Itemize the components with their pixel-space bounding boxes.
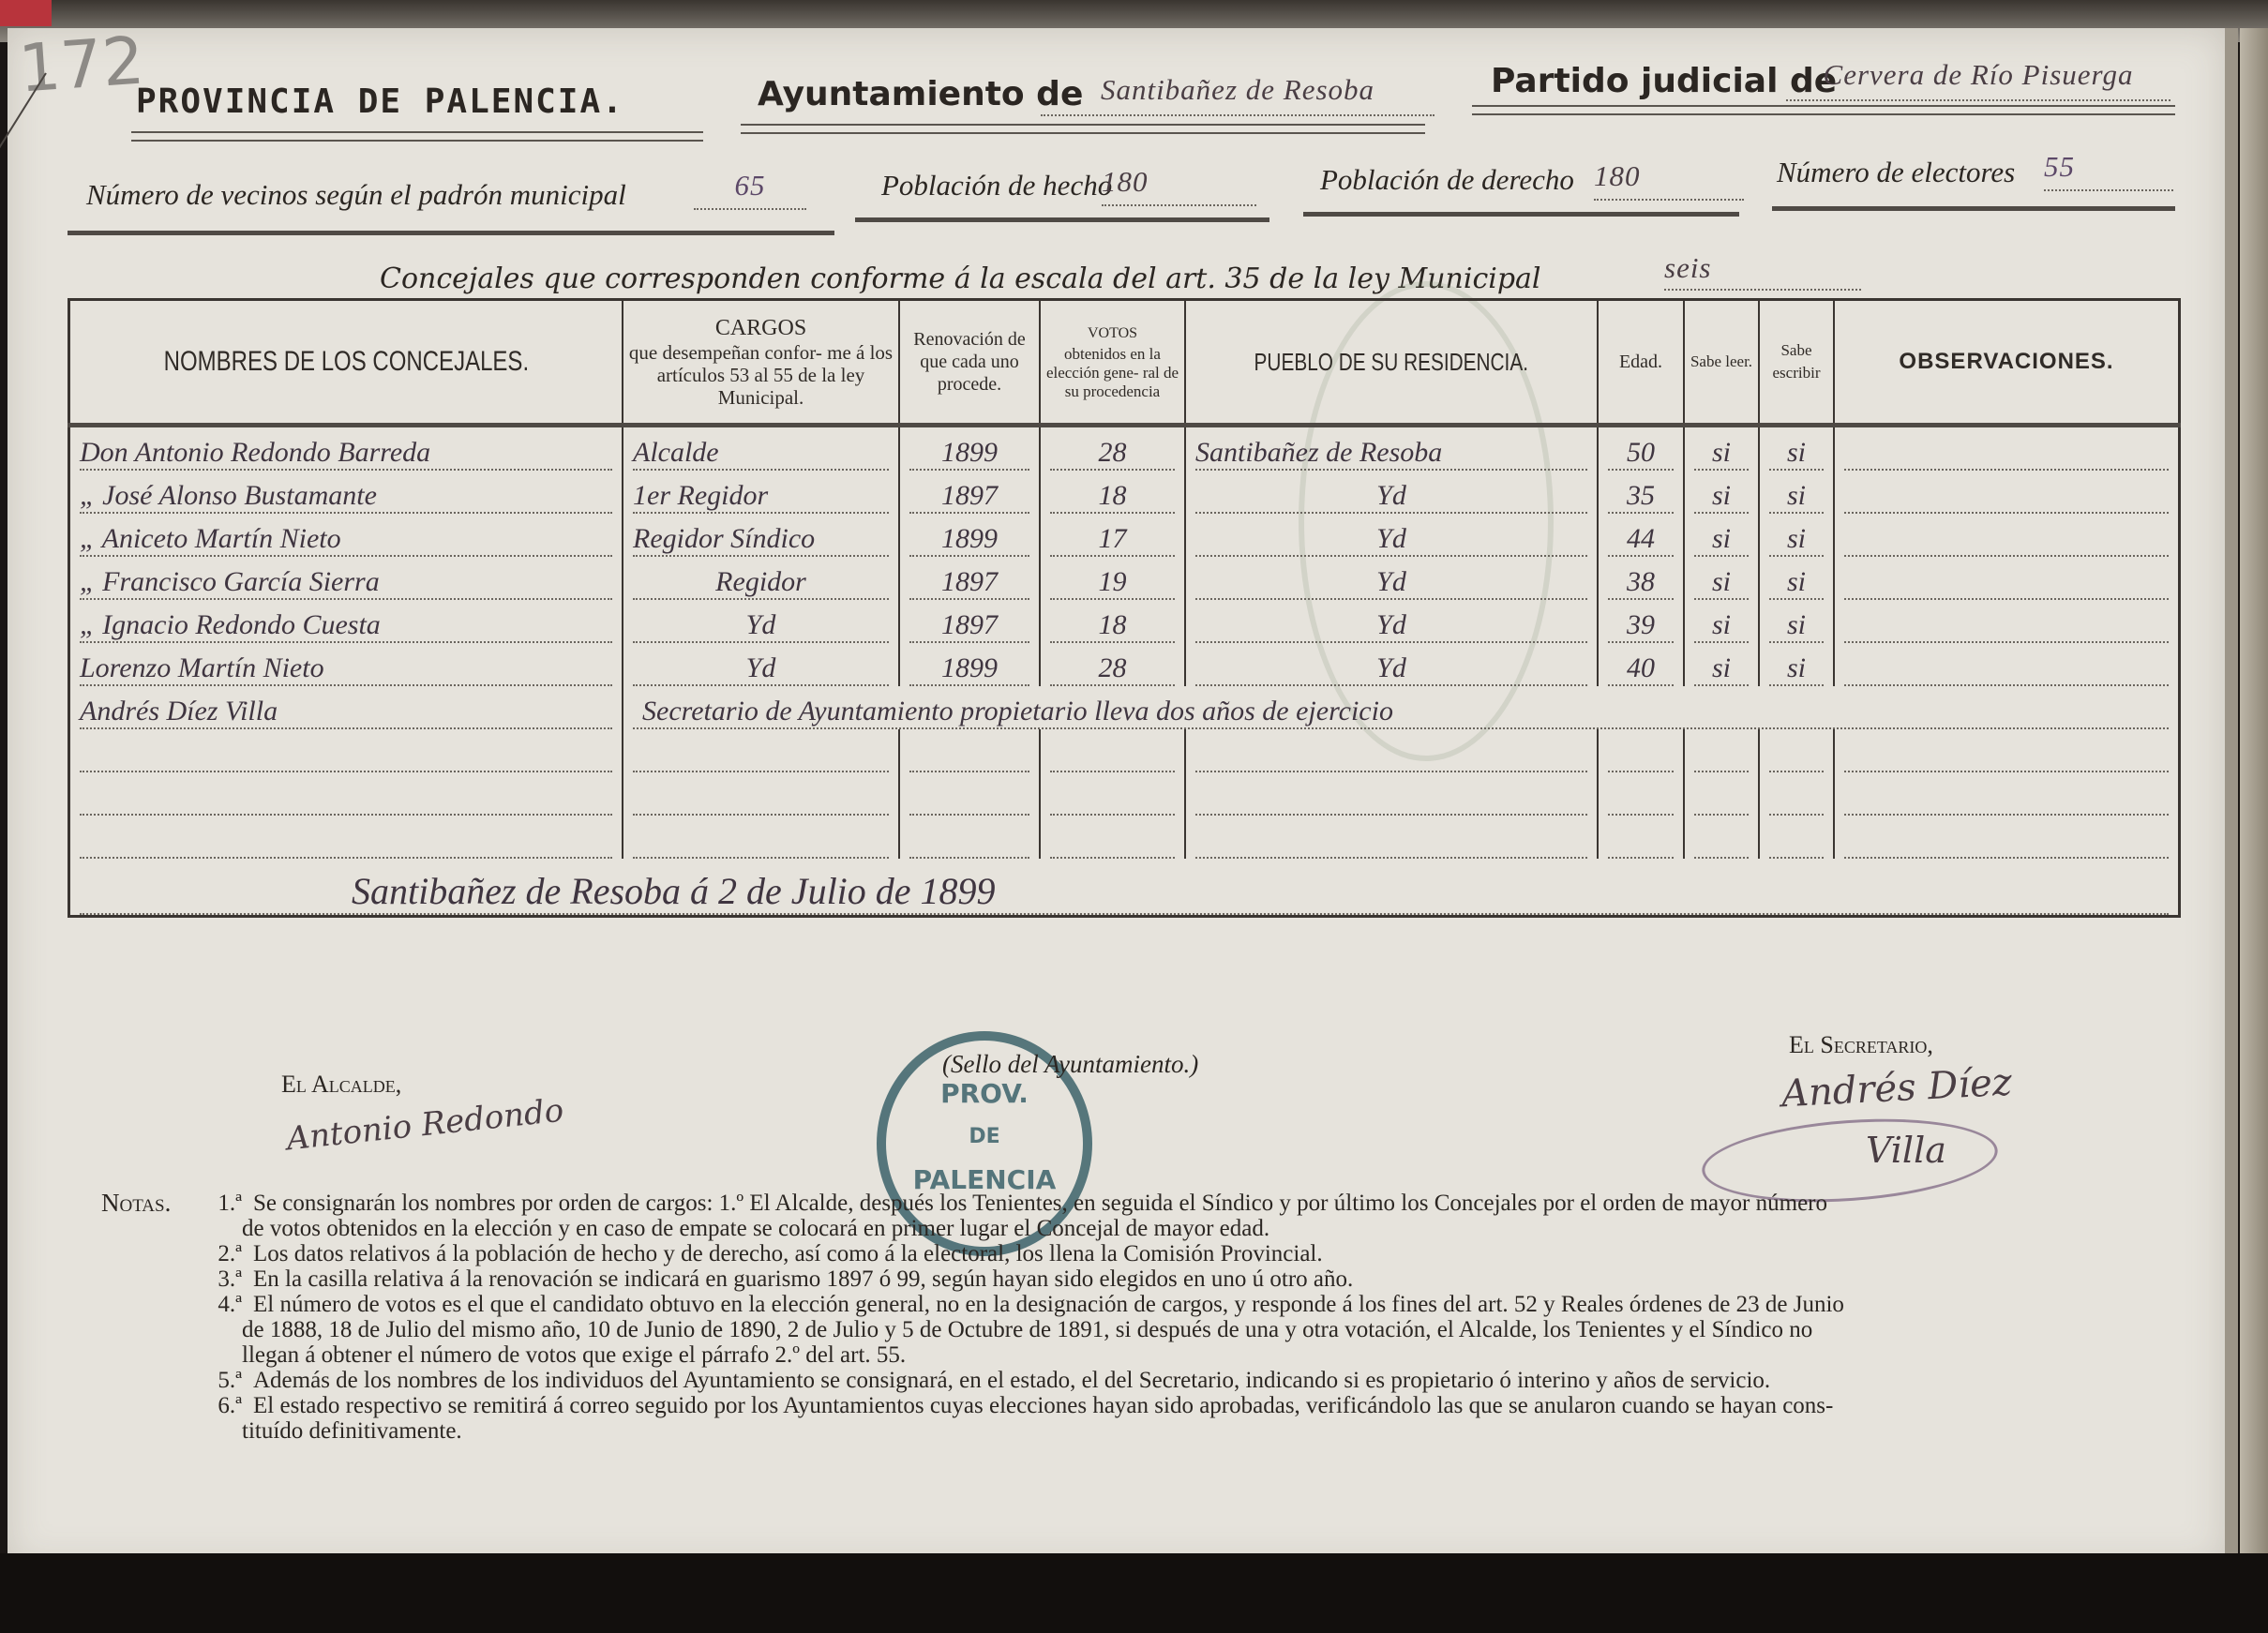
pueblo-cell: Yd bbox=[1195, 647, 1587, 686]
col-header-sabe-escribir: Sabe escribir bbox=[1759, 300, 1834, 426]
divider bbox=[131, 131, 703, 142]
divider bbox=[855, 217, 1269, 222]
col-header-votos: VOTOS obtenidos en la elección gene- ral… bbox=[1040, 300, 1185, 426]
edad-cell: 35 bbox=[1608, 474, 1674, 514]
col-header-observaciones: OBSERVACIONES. bbox=[1834, 300, 2180, 426]
sello-label: (Sello del Ayuntamiento.) bbox=[942, 1050, 1198, 1079]
bookmark-ribbon bbox=[0, 0, 52, 26]
edad-cell: 38 bbox=[1608, 561, 1674, 600]
observaciones-cell bbox=[1844, 604, 2169, 643]
notes-section: Notas.1.ªSe consignarán los nombres por … bbox=[101, 1191, 2211, 1444]
divider bbox=[1772, 206, 2175, 211]
poblacion-hecho-label: Población de hecho bbox=[881, 169, 1112, 202]
edad-cell: 39 bbox=[1608, 604, 1674, 643]
sabe-escribir-cell: si bbox=[1769, 604, 1824, 643]
nombre-cell: Andrés Díez Villa bbox=[80, 690, 612, 729]
table-row-empty bbox=[69, 772, 2180, 816]
poblacion-derecho-value: 180 bbox=[1594, 159, 1744, 201]
margin-folio-number: 172 bbox=[16, 22, 146, 107]
sabe-escribir-cell: si bbox=[1769, 561, 1824, 600]
cargo-cell: Yd bbox=[633, 647, 889, 686]
note-6: 6.ªEl estado respectivo se remitirá á co… bbox=[101, 1393, 2211, 1418]
col-header-pueblo: PUEBLO DE SU RESIDENCIA. bbox=[1185, 300, 1598, 426]
cargo-cell: Alcalde bbox=[633, 431, 889, 471]
electores-value: 55 bbox=[2044, 150, 2173, 191]
note-5: 5.ªAdemás de los nombres de los individu… bbox=[101, 1368, 2211, 1393]
divider bbox=[68, 231, 834, 235]
sabe-leer-cell: si bbox=[1694, 647, 1749, 686]
renovacion-cell: 1897 bbox=[909, 561, 1029, 600]
place-date: Santibañez de Resoba á 2 de Julio de 189… bbox=[80, 876, 2169, 915]
nombre-cell: „ Ignacio Redondo Cuesta bbox=[80, 604, 612, 643]
divider bbox=[741, 124, 1425, 134]
electores-label: Número de electores bbox=[1777, 156, 2015, 189]
ayuntamiento-value: Santibañez de Resoba bbox=[1041, 73, 1434, 116]
pueblo-cell: Yd bbox=[1195, 561, 1587, 600]
col-header-sabe-leer: Sabe leer. bbox=[1684, 300, 1759, 426]
note-2: 2.ªLos datos relativos á la población de… bbox=[101, 1241, 2211, 1266]
sabe-leer-cell: si bbox=[1694, 517, 1749, 557]
divider bbox=[1303, 212, 1739, 217]
votos-cell: 17 bbox=[1050, 517, 1175, 557]
sabe-leer-cell: si bbox=[1694, 604, 1749, 643]
table-row-date: Santibañez de Resoba á 2 de Julio de 189… bbox=[69, 859, 2180, 917]
sabe-escribir-cell: si bbox=[1769, 431, 1824, 471]
cargo-cell: Yd bbox=[633, 604, 889, 643]
renovacion-cell: 1899 bbox=[909, 647, 1029, 686]
col-header-cargos: CARGOS que desempeñan confor- me á los a… bbox=[623, 300, 899, 426]
votos-cell: 28 bbox=[1050, 431, 1175, 471]
pueblo-cell: Yd bbox=[1195, 604, 1587, 643]
concejales-scale-value: seis bbox=[1664, 251, 1861, 291]
partido-judicial-label: Partido judicial de bbox=[1491, 62, 1837, 100]
votos-cell: 18 bbox=[1050, 474, 1175, 514]
nombre-cell: „ José Alonso Bustamante bbox=[80, 474, 612, 514]
vecinos-label: Número de vecinos según el padrón munici… bbox=[86, 178, 626, 212]
partido-judicial-value: Cervera de Río Pisuerga bbox=[1786, 58, 2170, 101]
poblacion-derecho-label: Población de derecho bbox=[1320, 163, 1574, 197]
sabe-escribir-cell: si bbox=[1769, 647, 1824, 686]
renovacion-cell: 1897 bbox=[909, 474, 1029, 514]
table-row: „ José Alonso Bustamante 1er Regidor 189… bbox=[69, 471, 2180, 514]
table-row-secretario: Andrés Díez Villa Secretario de Ayuntami… bbox=[69, 686, 2180, 729]
col-header-renovacion: Renovación de que cada uno procede. bbox=[899, 300, 1040, 426]
observaciones-cell bbox=[1844, 431, 2169, 471]
votos-cell: 28 bbox=[1050, 647, 1175, 686]
col-header-nombres: NOMBRES DE LOS CONCEJALES. bbox=[69, 300, 623, 426]
table-row: „ Aniceto Martín Nieto Regidor Síndico 1… bbox=[69, 514, 2180, 557]
ayuntamiento-label: Ayuntamiento de bbox=[758, 75, 1083, 113]
note-3: 3.ªEn la casilla relativa á la renovació… bbox=[101, 1266, 2211, 1292]
edad-cell: 40 bbox=[1608, 647, 1674, 686]
alcalde-label: El Alcalde, bbox=[281, 1071, 401, 1099]
note-1: Notas.1.ªSe consignarán los nombres por … bbox=[101, 1191, 2211, 1216]
nombre-cell: „ Francisco García Sierra bbox=[80, 561, 612, 600]
concejales-scale-label: Concejales que corresponden conforme á l… bbox=[380, 262, 1541, 295]
note-4: 4.ªEl número de votos es el que el candi… bbox=[101, 1292, 2211, 1317]
table-row-empty bbox=[69, 729, 2180, 772]
page-edge bbox=[2240, 28, 2268, 1566]
pueblo-cell: Yd bbox=[1195, 474, 1587, 514]
concejales-table: NOMBRES DE LOS CONCEJALES. CARGOS que de… bbox=[68, 298, 2181, 918]
secretario-description: Secretario de Ayuntamiento propietario l… bbox=[633, 690, 2169, 729]
poblacion-hecho-value: 180 bbox=[1102, 165, 1256, 206]
pueblo-cell: Santibañez de Resoba bbox=[1195, 431, 1587, 471]
table-row: „ Francisco García Sierra Regidor 1897 1… bbox=[69, 557, 2180, 600]
edad-cell: 50 bbox=[1608, 431, 1674, 471]
sabe-escribir-cell: si bbox=[1769, 474, 1824, 514]
observaciones-cell bbox=[1844, 561, 2169, 600]
nombre-cell: Don Antonio Redondo Barreda bbox=[80, 431, 612, 471]
table-row: Don Antonio Redondo Barreda Alcalde 1899… bbox=[69, 426, 2180, 472]
observaciones-cell bbox=[1844, 647, 2169, 686]
divider bbox=[1472, 105, 2175, 115]
cargo-cell: Regidor Síndico bbox=[633, 517, 889, 557]
votos-cell: 18 bbox=[1050, 604, 1175, 643]
renovacion-cell: 1899 bbox=[909, 517, 1029, 557]
sabe-leer-cell: si bbox=[1694, 474, 1749, 514]
nombre-cell: Lorenzo Martín Nieto bbox=[80, 647, 612, 686]
table-row: Lorenzo Martín Nieto Yd 1899 28 Yd 40 si… bbox=[69, 643, 2180, 686]
nombre-cell: „ Aniceto Martín Nieto bbox=[80, 517, 612, 557]
cargo-cell: Regidor bbox=[633, 561, 889, 600]
votos-cell: 19 bbox=[1050, 561, 1175, 600]
province-title: PROVINCIA DE PALENCIA. bbox=[136, 82, 624, 121]
sabe-leer-cell: si bbox=[1694, 561, 1749, 600]
table-row-empty bbox=[69, 816, 2180, 859]
observaciones-cell bbox=[1844, 474, 2169, 514]
cargo-cell: 1er Regidor bbox=[633, 474, 889, 514]
vecinos-value: 65 bbox=[694, 169, 806, 210]
renovacion-cell: 1897 bbox=[909, 604, 1029, 643]
sabe-leer-cell: si bbox=[1694, 431, 1749, 471]
col-header-edad: Edad. bbox=[1598, 300, 1684, 426]
pueblo-cell: Yd bbox=[1195, 517, 1587, 557]
secretario-label: El Secretario, bbox=[1789, 1031, 1933, 1059]
background-shadow bbox=[0, 1553, 2268, 1633]
table-row: „ Ignacio Redondo Cuesta Yd 1897 18 Yd 3… bbox=[69, 600, 2180, 643]
sabe-escribir-cell: si bbox=[1769, 517, 1824, 557]
observaciones-cell bbox=[1844, 517, 2169, 557]
renovacion-cell: 1899 bbox=[909, 431, 1029, 471]
edad-cell: 44 bbox=[1608, 517, 1674, 557]
